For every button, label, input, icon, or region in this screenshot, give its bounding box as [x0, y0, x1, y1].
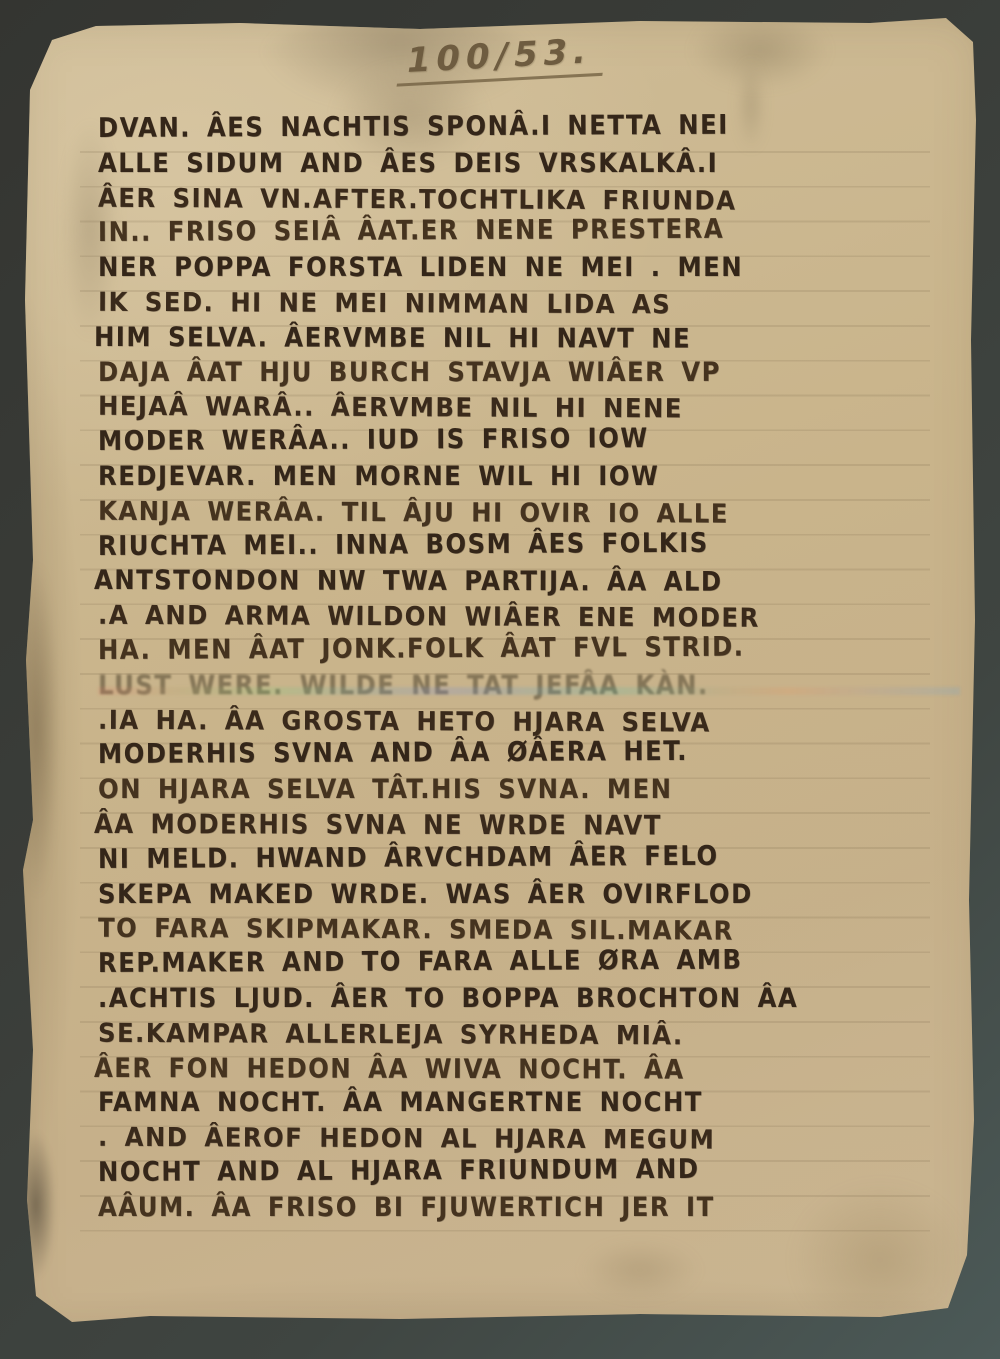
- manuscript-line: NI MELD. HWAND ÂRVCHDAM ÂER FELO: [98, 838, 978, 877]
- manuscript-line: DVAN. ÂES NACHTIS SPONÂ.I NETTA NEI: [98, 107, 978, 146]
- manuscript-line: REDJEVAR. MEN MORNE WIL HI IOW: [98, 460, 978, 495]
- binding-edge-smudge: [16, 1130, 56, 1280]
- manuscript-line: MODERHIS SVNA AND ÂA ØÂERA HET.: [98, 734, 978, 773]
- manuscript-line: SKEPA MAKED WRDE. WAS ÂER OVIRFLOD: [98, 878, 978, 913]
- manuscript-line: ALLE SIDUM AND ÂES DEIS VRSKALKÂ.I: [98, 147, 978, 182]
- manuscript-line: .ACHTIS LJUD. ÂER TO BOPPA BROCHTON ÂA: [98, 982, 978, 1017]
- manuscript-line: NOCHT AND AL HJARA FRIUNDUM AND: [98, 1151, 978, 1190]
- manuscript-line: HIM SELVA. ÂERVMBE NIL HI NAVT NE: [94, 321, 974, 358]
- manuscript-line: SE.KAMPAR ALLERLEJA SYRHEDA MIÂ.: [98, 1017, 978, 1055]
- manuscript-line: NER POPPA FORSTA LIDEN NE MEI . MEN: [98, 251, 978, 286]
- manuscript-text-block: DVAN. ÂES NACHTIS SPONÂ.I NETTA NEI ALLE…: [98, 112, 978, 1226]
- foxing-stain: [580, 1240, 700, 1300]
- manuscript-line: ÂER FON HEDON ÂA WIVA NOCHT. ÂA: [94, 1052, 974, 1089]
- manuscript-line: FAMNA NOCHT. ÂA MANGERTNE NOCHT: [98, 1086, 978, 1121]
- manuscript-line: HA. MEN ÂAT JONK.FOLK ÂAT FVL STRID.: [98, 629, 978, 668]
- binding-edge-smudge: [14, 560, 60, 900]
- water-stain: [690, 10, 830, 90]
- manuscript-line: ANTSTONDON NW TWA PARTIJA. ÂA ALD: [94, 564, 974, 601]
- manuscript-line: AÂUM. ÂA FRISO BI FJUWERTICH JER IT: [98, 1191, 978, 1226]
- manuscript-line: MODER WERÂA.. IUD IS FRISO IOW: [98, 421, 978, 460]
- manuscript-line: REP.MAKER AND TO FARA ALLE ØRA AMB: [98, 943, 978, 982]
- manuscript-line: DAJA ÂAT HJU BURCH STAVJA WIÂER VP: [98, 356, 978, 391]
- manuscript-page: 100/53. DVAN. ÂES NACHTIS SPONÂ.I NETTA …: [0, 0, 1000, 1359]
- page-number: 100/53.: [397, 30, 610, 86]
- manuscript-line: IN.. FRISO SEIÂ ÂAT.ER NENE PRESTERA: [98, 212, 978, 251]
- manuscript-line: IK SED. HI NE MEI NIMMAN LIDA AS: [98, 287, 978, 325]
- manuscript-line: ON HJARA SELVA TÂT.HIS SVNA. MEN: [98, 773, 978, 808]
- manuscript-line-faded: LUST WERE. WILDE NE TAT JEFÂA KÀN.: [98, 669, 978, 704]
- manuscript-line: RIUCHTA MEI.. INNA BOSM ÂES FOLKIS: [98, 525, 978, 564]
